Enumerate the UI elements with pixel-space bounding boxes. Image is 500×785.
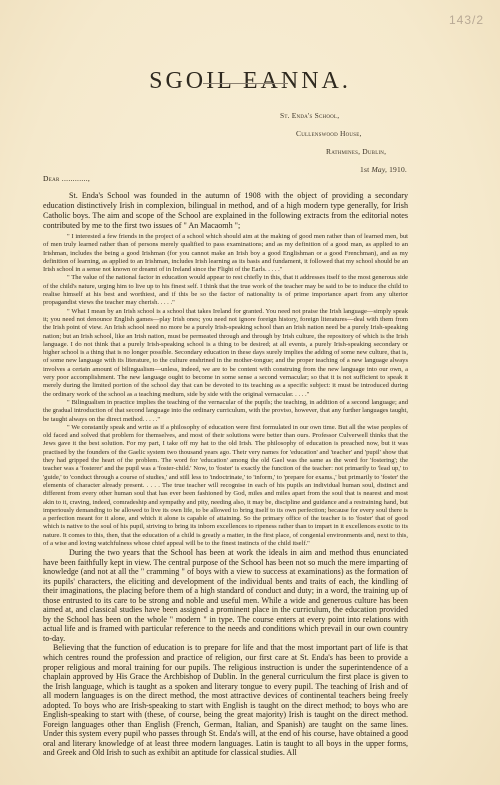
letter-date: 1st May, 1910. (280, 161, 407, 179)
quote-paragraph: " What I mean by an Irish school is a sc… (43, 308, 408, 399)
address-line: Cullenswood House, (280, 125, 407, 143)
letterhead-title: SGOIL EANNA. (0, 68, 500, 95)
date-month: May, (371, 165, 387, 174)
salutation: Dear ............, (43, 174, 90, 183)
archive-reference-note: 143/2 (449, 13, 484, 27)
intro-section: St. Enda's School was founded in the aut… (43, 191, 408, 231)
body-paragraph: Believing that the function of education… (43, 643, 408, 758)
address-line: St. Enda's School, (280, 107, 407, 125)
quote-paragraph: " I interested a few friends in the proj… (43, 233, 408, 274)
quoted-extracts: " I interested a few friends in the proj… (43, 233, 408, 548)
main-body: During the two years that the School has… (43, 548, 408, 758)
letter-page: 143/2 SGOIL EANNA. St. Enda's School, Cu… (0, 0, 500, 785)
date-day: 1st (360, 165, 369, 174)
address-line: Rathmines, Dublin, (280, 143, 407, 161)
sender-address: St. Enda's School, Cullenswood House, Ra… (280, 107, 407, 179)
quote-paragraph: " The value of the national factor in ed… (43, 274, 408, 307)
title-divider (203, 83, 288, 84)
body-paragraph: During the two years that the School has… (43, 548, 408, 643)
intro-paragraph: St. Enda's School was founded in the aut… (43, 191, 408, 231)
quote-paragraph: " We constantly speak and write as if a … (43, 424, 408, 548)
quote-paragraph: " Bilingualism in practice implies the t… (43, 399, 408, 424)
date-year: 1910. (389, 165, 407, 174)
